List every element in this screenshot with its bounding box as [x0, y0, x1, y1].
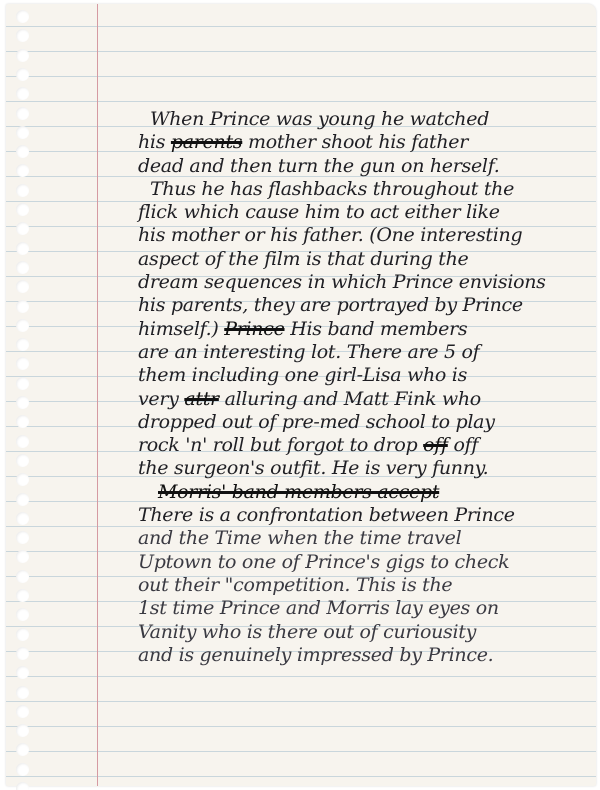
- binder-hole: [16, 763, 29, 776]
- binder-hole: [16, 49, 29, 62]
- text-line: Uptown to one of Prince's gigs to check: [138, 551, 598, 574]
- text-line: out their "competition. This is the: [138, 574, 598, 597]
- binder-hole: [16, 29, 29, 42]
- text-line: very attr alluring and Matt Fink who: [138, 388, 598, 411]
- binder-hole: [16, 705, 29, 718]
- binder-hole: [16, 319, 29, 332]
- text-line: dropped out of pre-med school to play: [138, 411, 598, 434]
- binder-hole: [16, 743, 29, 756]
- binder-hole: [16, 184, 29, 197]
- text-line: flick which cause him to act either like: [138, 201, 598, 224]
- binder-hole: [16, 415, 29, 428]
- crossed-out-word: off: [423, 434, 448, 456]
- binder-hole: [16, 724, 29, 737]
- handwritten-text: When Prince was young he watched his par…: [138, 108, 598, 667]
- text-line: dream sequences in which Prince envision…: [138, 271, 598, 294]
- text-line: and is genuinely impressed by Prince.: [138, 644, 598, 667]
- binder-hole: [16, 203, 29, 216]
- binder-hole: [16, 242, 29, 255]
- binder-hole: [16, 377, 29, 390]
- binder-hole: [16, 145, 29, 158]
- binder-hole: [16, 589, 29, 602]
- binder-hole: [16, 531, 29, 544]
- binder-hole: [16, 782, 29, 790]
- binder-hole: [16, 435, 29, 448]
- text-line: the surgeon's outfit. He is very funny.: [138, 457, 598, 480]
- binder-hole: [16, 628, 29, 641]
- crossed-out-line: Morris' band members accept: [138, 481, 439, 503]
- binder-hole: [16, 647, 29, 660]
- binder-hole: [16, 608, 29, 621]
- crossed-out-word: attr: [184, 388, 218, 410]
- binder-hole: [16, 686, 29, 699]
- binder-hole: [16, 493, 29, 506]
- crossed-out-word: Prince: [224, 318, 284, 340]
- notebook-page: When Prince was young he watched his par…: [6, 4, 596, 786]
- text-line: them including one girl-Lisa who is: [138, 364, 598, 387]
- text-line: his parents mother shoot his father: [138, 131, 598, 154]
- text-line: Vanity who is there out of curiousity: [138, 621, 598, 644]
- text-line: are an interesting lot. There are 5 of: [138, 341, 598, 364]
- crossed-out-word: parents: [171, 131, 242, 153]
- binder-hole: [16, 454, 29, 467]
- text-line: his parents, they are portrayed by Princ…: [138, 294, 598, 317]
- margin-line: [97, 4, 98, 786]
- text-line: and the Time when the time travel: [138, 527, 598, 550]
- binder-hole: [16, 126, 29, 139]
- binder-hole: [16, 666, 29, 679]
- binder-hole: [16, 68, 29, 81]
- binder-hole: [16, 300, 29, 313]
- binder-hole: [16, 164, 29, 177]
- text-line: aspect of the film is that during the: [138, 248, 598, 271]
- binder-hole: [16, 10, 29, 23]
- text-line: Morris' band members accept: [138, 481, 598, 504]
- text-line: his mother or his father. (One interesti…: [138, 224, 598, 247]
- binder-holes: [12, 4, 34, 786]
- binder-hole: [16, 261, 29, 274]
- text-line: dead and then turn the gun on herself.: [138, 155, 598, 178]
- text-line: himself.) Prince His band members: [138, 318, 598, 341]
- binder-hole: [16, 550, 29, 563]
- binder-hole: [16, 280, 29, 293]
- text-line: 1st time Prince and Morris lay eyes on: [138, 597, 598, 620]
- binder-hole: [16, 87, 29, 100]
- binder-hole: [16, 473, 29, 486]
- text-line: When Prince was young he watched: [138, 108, 598, 131]
- binder-hole: [16, 107, 29, 120]
- binder-hole: [16, 512, 29, 525]
- binder-hole: [16, 357, 29, 370]
- binder-hole: [16, 338, 29, 351]
- text-line: There is a confrontation between Prince: [138, 504, 598, 527]
- text-line: Thus he has flashbacks throughout the: [138, 178, 598, 201]
- text-line: rock 'n' roll but forgot to drop off off: [138, 434, 598, 457]
- binder-hole: [16, 222, 29, 235]
- binder-hole: [16, 396, 29, 409]
- binder-hole: [16, 570, 29, 583]
